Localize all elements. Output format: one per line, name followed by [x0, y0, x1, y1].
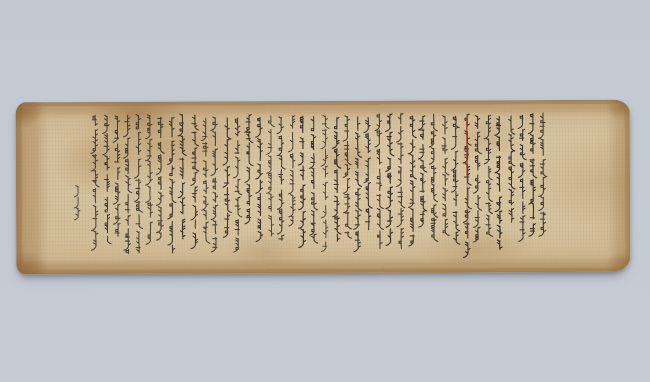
script-columns	[91, 112, 547, 259]
script-column	[134, 114, 143, 252]
script-column	[277, 117, 286, 241]
script-column	[353, 117, 362, 252]
script-column	[245, 115, 253, 224]
script-column	[123, 115, 132, 254]
script-column	[309, 117, 318, 244]
script-column	[408, 116, 417, 246]
photo-background	[0, 0, 650, 382]
script-column	[145, 115, 152, 245]
script-column	[288, 116, 295, 226]
script-column	[473, 115, 482, 242]
script-column	[509, 116, 515, 222]
script-column	[321, 115, 330, 251]
script-column	[418, 116, 426, 227]
script-column	[190, 115, 199, 249]
manuscript-page	[16, 100, 631, 275]
script-column	[298, 116, 305, 247]
red-ink-mark	[467, 117, 468, 234]
script-column	[375, 114, 384, 249]
marginal-annotation	[74, 186, 80, 220]
manuscript-text-block	[16, 100, 631, 275]
script-column	[396, 113, 405, 248]
script-column	[103, 115, 112, 244]
script-column	[442, 116, 449, 236]
script-column	[256, 118, 263, 242]
script-column	[495, 117, 502, 250]
script-column	[266, 116, 275, 236]
script-column	[386, 114, 395, 246]
script-column	[156, 117, 165, 240]
script-column	[518, 115, 527, 241]
script-column	[91, 115, 100, 250]
script-column	[113, 116, 120, 237]
script-column	[484, 115, 493, 236]
script-column	[223, 118, 232, 237]
script-column	[539, 113, 548, 236]
script-column	[201, 118, 210, 243]
script-column	[528, 114, 537, 237]
script-column	[429, 114, 438, 241]
script-column	[167, 117, 176, 252]
script-column	[451, 116, 460, 244]
script-column	[178, 114, 187, 239]
script-column	[332, 118, 341, 242]
script-column	[343, 116, 352, 239]
script-column	[233, 118, 242, 252]
script-column	[211, 117, 218, 252]
script-column	[364, 117, 372, 229]
